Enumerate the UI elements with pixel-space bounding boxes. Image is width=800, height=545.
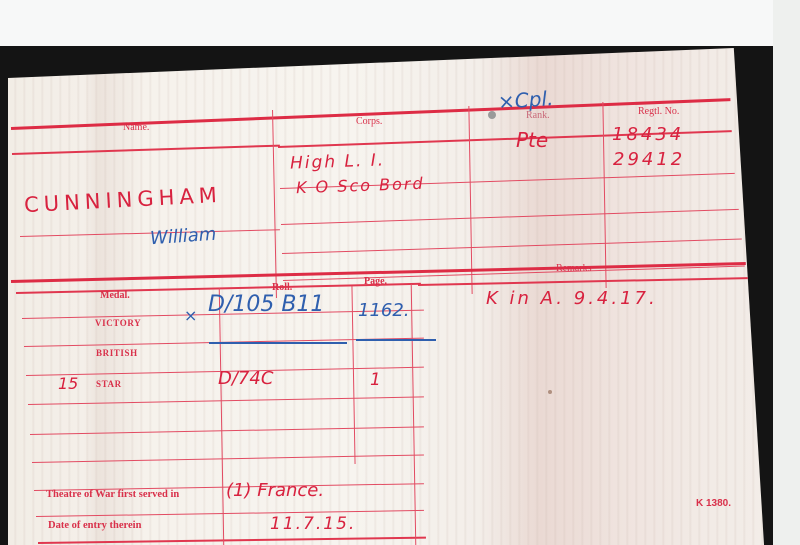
rule-medal-5 [30, 426, 424, 435]
date-entry-label: Date of entry therein [48, 520, 141, 531]
date-entry-value: 11.7.15. [270, 514, 356, 534]
regt-number-1: 18434 [612, 124, 684, 145]
card-punch-hole [488, 111, 496, 119]
form-number: K 1380. [696, 498, 731, 509]
corps-2: K O Sco Bord [296, 174, 425, 197]
divider-medal-roll [219, 288, 225, 545]
rank-annotation: ×Cpl. [497, 86, 554, 114]
surname: CUNNINGHAM [24, 183, 223, 217]
rule-name-header [12, 145, 280, 155]
divider-corps-rank [468, 106, 472, 294]
victory-page: 1162. [358, 300, 410, 321]
medal-index-card: Name. Corps. Rank. Regtl. No. Medal. Rol… [8, 48, 768, 545]
rank: Pte [516, 128, 548, 152]
paper-speck [548, 390, 552, 394]
star-page: 1 [370, 370, 381, 390]
medal-label-star: STAR [96, 379, 122, 389]
star-roll: D/74C [218, 368, 273, 389]
victory-underline-page [356, 339, 436, 341]
medal-label-victory: VICTORY [95, 318, 141, 328]
remarks-value: K in A. 9.4.17. [486, 288, 658, 309]
theatre-value: (1) France. [226, 480, 324, 501]
divider-rank-regt [602, 102, 606, 288]
rule-medal-4 [28, 396, 424, 405]
header-regt-no: Regtl. No. [638, 106, 679, 117]
scan-top-margin [0, 0, 800, 46]
medal-label-british: BRITISH [96, 348, 138, 358]
scan-right-margin [773, 0, 800, 545]
victory-underline-roll [209, 342, 347, 344]
victory-roll: D/105 B11 [208, 292, 324, 317]
header-name: Name. [123, 122, 149, 133]
corps-1: High L. I. [290, 150, 386, 173]
regt-number-2: 29412 [613, 149, 685, 170]
rule-remarks-header [418, 277, 748, 286]
divider-name-corps [272, 110, 277, 298]
rule-corps-3 [282, 239, 742, 254]
header-remarks: Remarks [556, 263, 592, 274]
theatre-label: Theatre of War first served in [46, 489, 179, 500]
header-medal: Medal. [100, 290, 130, 301]
rule-bottom [38, 537, 426, 544]
header-page: Page. [364, 276, 387, 287]
star-mark: 15 [58, 374, 78, 393]
rule-medal-6 [32, 454, 424, 463]
header-corps: Corps. [356, 116, 382, 127]
victory-mark: × [184, 306, 197, 325]
rule-medal-8 [36, 510, 424, 517]
rule-corps-2 [281, 209, 739, 225]
divider-page-remarks [411, 284, 417, 545]
forename: William [149, 224, 217, 250]
divider-roll-page [351, 286, 355, 464]
